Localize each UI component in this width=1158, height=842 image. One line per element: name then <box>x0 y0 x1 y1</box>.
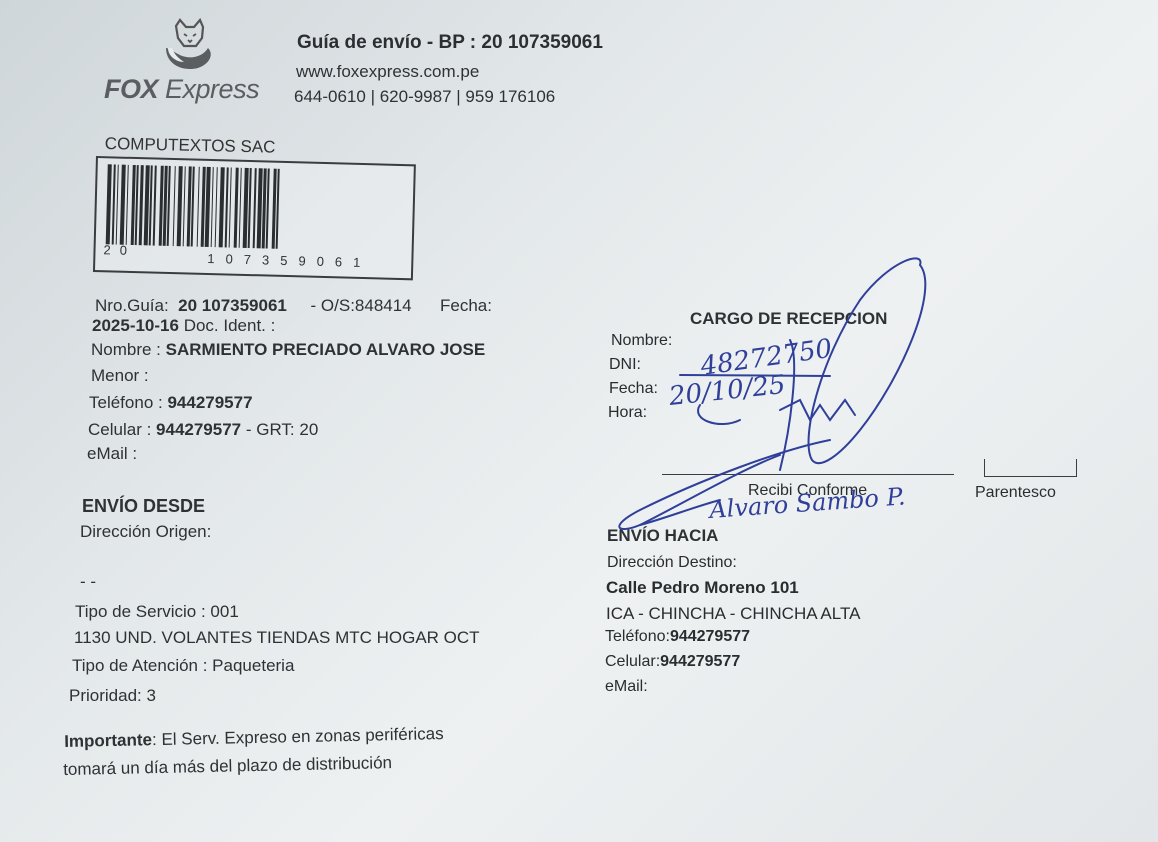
reception-time-label: Hora: <box>608 404 647 422</box>
relationship-label: Parentesco <box>975 484 1056 502</box>
destination-address: Calle Pedro Moreno 101 <box>606 578 799 598</box>
received-label: Recibi Conforme <box>748 482 867 500</box>
phone-numbers: 644-0610 | 620-9987 | 959 176106 <box>294 87 555 107</box>
barcode-prefix: 20 <box>103 242 136 258</box>
destination-cell: Celular:944279577 <box>605 653 740 671</box>
reception-dni-label: DNI: <box>609 356 641 374</box>
svg-text:20/10/25: 20/10/25 <box>667 370 787 412</box>
destination-address-label: Dirección Destino: <box>607 554 737 572</box>
date-doc-line: 2025-10-16 Doc. Ident. : <box>92 316 275 336</box>
brand-name: FOX Express <box>104 74 259 105</box>
email-field: eMail : <box>87 444 137 464</box>
recipient-name: Nombre : SARMIENTO PRECIADO ALVARO JOSE <box>91 340 485 360</box>
phone-field: Teléfono : 944279577 <box>89 393 253 413</box>
important-notice-line2: tomará un día más del plazo de distribuc… <box>63 753 392 780</box>
fox-icon <box>158 18 220 74</box>
reception-name-label: Nombre: <box>611 332 672 350</box>
destination-phone: Teléfono:944279577 <box>605 628 750 646</box>
attention-type: Tipo de Atención : Paqueteria <box>72 656 294 676</box>
svg-text:48272750: 48272750 <box>698 334 834 382</box>
destination-email: eMail: <box>605 678 648 696</box>
reception-title: CARGO DE RECEPCION <box>690 309 887 329</box>
barcode: 20 107359061 <box>93 156 416 280</box>
company-name: COMPUTEXTOS SAC <box>105 134 276 158</box>
to-title: ENVÍO HACIA <box>607 526 718 546</box>
website: www.foxexpress.com.pe <box>296 62 479 82</box>
barcode-number: 107359061 <box>207 251 371 270</box>
destination-city: ICA - CHINCHA - CHINCHA ALTA <box>606 604 860 624</box>
barcode-bars <box>106 164 406 252</box>
minor-field: Menor : <box>91 366 149 386</box>
priority: Prioridad: 3 <box>69 686 156 706</box>
fox-express-logo: FOX Express <box>100 18 280 108</box>
origin-address-label: Dirección Origen: <box>80 522 211 542</box>
from-title: ENVÍO DESDE <box>82 496 205 517</box>
reception-date-label: Fecha: <box>609 380 658 398</box>
cell-field: Celular : 944279577 - GRT: 20 <box>88 420 318 440</box>
signature-line <box>662 474 954 475</box>
guide-title: Guía de envío - BP : 20 107359061 <box>297 32 603 54</box>
package-description: 1130 UND. VOLANTES TIENDAS MTC HOGAR OCT <box>74 628 480 648</box>
shipping-guide: FOX Express Guía de envío - BP : 20 1073… <box>0 0 1158 842</box>
origin-address-value: - - <box>80 572 96 592</box>
service-type: Tipo de Servicio : 001 <box>75 602 239 622</box>
guide-number-line: Nro.Guía: 20 107359061 - O/S:848414 Fech… <box>95 296 492 316</box>
relationship-box <box>984 459 1077 477</box>
important-notice: Importante: El Serv. Expreso en zonas pe… <box>64 724 444 752</box>
